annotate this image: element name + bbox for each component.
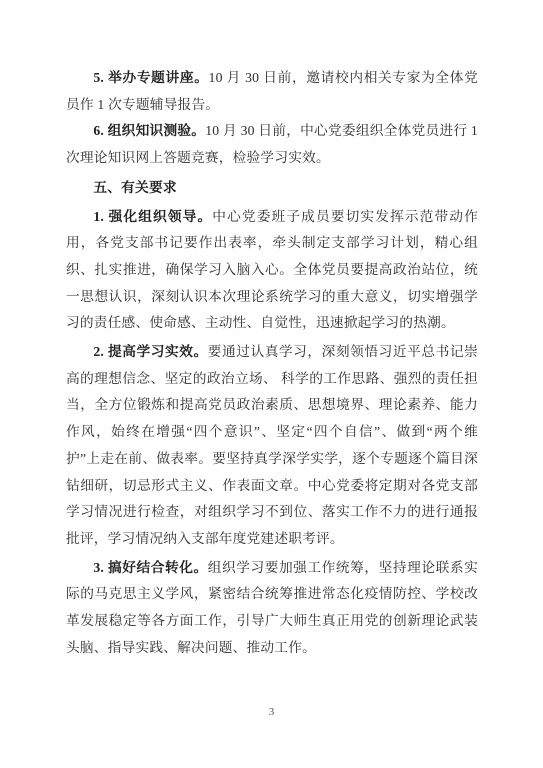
paragraph-task-6: 6. 组织知识测验。10 月 30 日前，中心党委组织全体党员进行 1 次理论知… <box>66 118 478 171</box>
paragraph-lead: 2. 提高学习实效。 <box>93 344 207 359</box>
paragraph-lead: 3. 搞好结合转化。 <box>93 560 207 575</box>
page-number: 3 <box>0 706 543 718</box>
paragraph-text: 中心党委班子成员要切实发挥示范带动作用，各党支部书记要作出表率，牵头制定支部学习… <box>66 209 478 331</box>
document-body: 5. 举办专题讲座。10 月 30 日前，邀请校内相关专家为全体党员作 1 次专… <box>66 65 478 661</box>
paragraph-text: 要通过认真学习，深刻领悟习近平总书记崇高的理想信念、坚定的政治立场、 科学的工作… <box>66 344 478 546</box>
paragraph-requirement-2: 2. 提高学习实效。要通过认真学习，深刻领悟习近平总书记崇高的理想信念、坚定的政… <box>66 339 478 553</box>
paragraph-lead: 1. 强化组织领导。 <box>93 209 212 224</box>
paragraph-lead: 6. 组织知识测验。 <box>93 123 205 138</box>
paragraph-lead: 5. 举办专题讲座。 <box>93 70 208 85</box>
paragraph-requirement-1: 1. 强化组织领导。中心党委班子成员要切实发挥示范带动作用，各党支部书记要作出表… <box>66 204 478 338</box>
paragraph-task-5: 5. 举办专题讲座。10 月 30 日前，邀请校内相关专家为全体党员作 1 次专… <box>66 65 478 118</box>
paragraph-requirement-3: 3. 搞好结合转化。组织学习要加强工作统筹，坚持理论联系实际的马克思主义学风，紧… <box>66 555 478 662</box>
document-page: 5. 举办专题讲座。10 月 30 日前，邀请校内相关专家为全体党员作 1 次专… <box>0 0 543 768</box>
section-heading: 五、有关要求 <box>66 175 478 202</box>
